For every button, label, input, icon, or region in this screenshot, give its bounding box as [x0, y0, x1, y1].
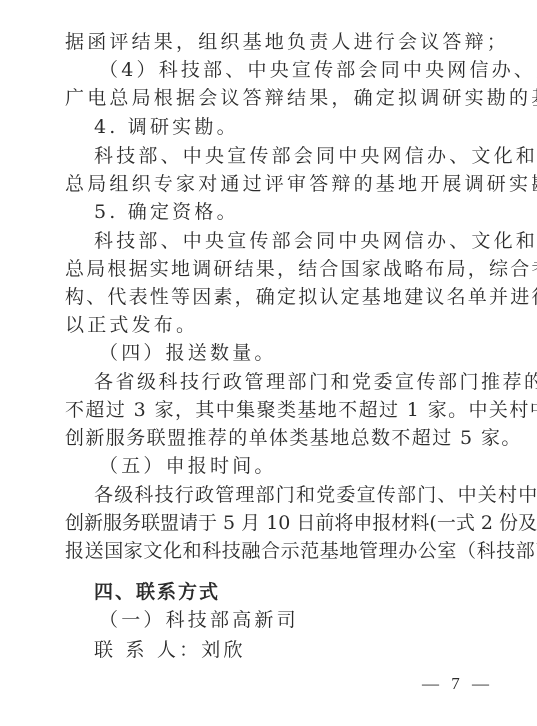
page-number: — 7 — [422, 674, 493, 694]
subsection-heading-5: （五）申报时间。 [99, 454, 531, 478]
contact-person: 联 系 人：刘欣 [94, 638, 497, 662]
subsection-heading-4: （四）报送数量。 [99, 341, 531, 365]
paragraph-line: 创新服务联盟推荐的单体类基地总数不超过 5 家。 [65, 426, 497, 450]
document-page: 据函评结果，组织基地负责人进行会议答辩； （4）科技部、中央宣传部会同中央网信办… [0, 0, 537, 726]
section-heading-4: 4. 调研实勘。 [94, 115, 497, 139]
paragraph-line: 科技部、中央宣传部会同中央网信办、文化和旅游部、广电 [94, 144, 497, 168]
paragraph-line: 各级科技行政管理部门和党委宣传部门、中关村中恒文化科技 [94, 483, 497, 507]
paragraph-line: 科技部、中央宣传部会同中央网信办、文化和旅游部、广电 [94, 229, 497, 253]
paragraph-line: 总局组织专家对通过评审答辩的基地开展调研实勘。 [65, 172, 497, 196]
paragraph-line: 构、代表性等因素，确定拟认定基地建议名单并进行公示后，予 [65, 285, 497, 309]
paragraph-line: 以正式发布。 [65, 313, 497, 337]
paragraph-line: 据函评结果，组织基地负责人进行会议答辩； [65, 30, 497, 54]
paragraph-line: 报送国家文化和科技融合示范基地管理办公室（科技部高新司）。 [65, 539, 497, 563]
section-heading-contact: 四、联系方式 [94, 580, 497, 604]
paragraph-line: （4）科技部、中央宣传部会同中央网信办、文化和旅游部、 [99, 58, 531, 82]
paragraph-line: 不超过 3 家，其中集聚类基地不超过 1 家。中关村中恒文化科技 [65, 398, 497, 422]
paragraph-line: 总局根据实地调研结果，结合国家战略布局，综合考虑区域、结 [65, 257, 497, 281]
contact-org: （一）科技部高新司 [99, 608, 531, 632]
section-heading-5: 5. 确定资格。 [94, 200, 497, 224]
paragraph-line: 广电总局根据会议答辩结果，确定拟调研实勘的基地名单。 [65, 86, 497, 110]
paragraph-line: 各省级科技行政管理部门和党委宣传部门推荐的基地总数 [94, 370, 497, 394]
paragraph-line: 创新服务联盟请于 5 月 10 日前将申报材料(一式 2 份及电子版光盘） [65, 511, 497, 535]
